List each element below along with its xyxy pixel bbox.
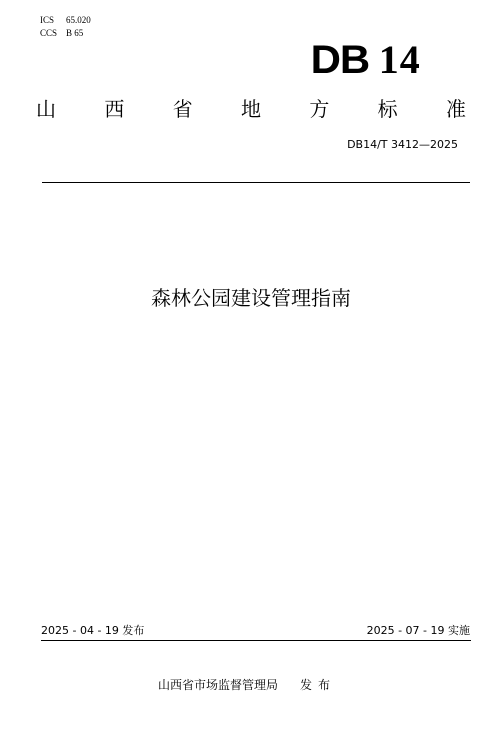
- ics-code: ICS65.020: [40, 14, 91, 27]
- standard-type-char: 准: [446, 96, 466, 122]
- standard-number: DB14/T 3412—2025: [347, 138, 458, 152]
- document-title: 森林公园建设管理指南: [0, 285, 502, 311]
- ccs-code: CCSB 65: [40, 27, 91, 40]
- db-letters: DB: [311, 38, 370, 82]
- publish-date: 2025 - 04 - 19 发布: [41, 624, 144, 638]
- standard-type-char: 省: [173, 96, 193, 122]
- implement-date: 2025 - 07 - 19 实施: [367, 624, 470, 638]
- issuer-line: 山西省市场监督管理局发布: [158, 677, 336, 693]
- header-divider: [42, 182, 470, 183]
- standard-type-char: 地: [241, 96, 261, 122]
- standard-type: 山 西 省 地 方 标 准: [36, 96, 466, 122]
- issuer-action: 发布: [300, 678, 336, 692]
- standard-type-char: 山: [36, 96, 56, 122]
- db-logo: DB 14: [312, 38, 421, 82]
- ics-label: ICS: [40, 14, 66, 27]
- standard-type-char: 方: [309, 96, 329, 122]
- footer-divider: [41, 640, 471, 641]
- standard-type-char: 标: [378, 96, 398, 122]
- standard-type-char: 西: [104, 96, 124, 122]
- ccs-label: CCS: [40, 27, 66, 40]
- ccs-value: B 65: [66, 28, 83, 38]
- ics-value: 65.020: [66, 15, 91, 25]
- classification-codes: ICS65.020 CCSB 65: [40, 14, 91, 40]
- issuer-name: 山西省市场监督管理局: [158, 678, 278, 692]
- db-number: 14: [379, 37, 421, 82]
